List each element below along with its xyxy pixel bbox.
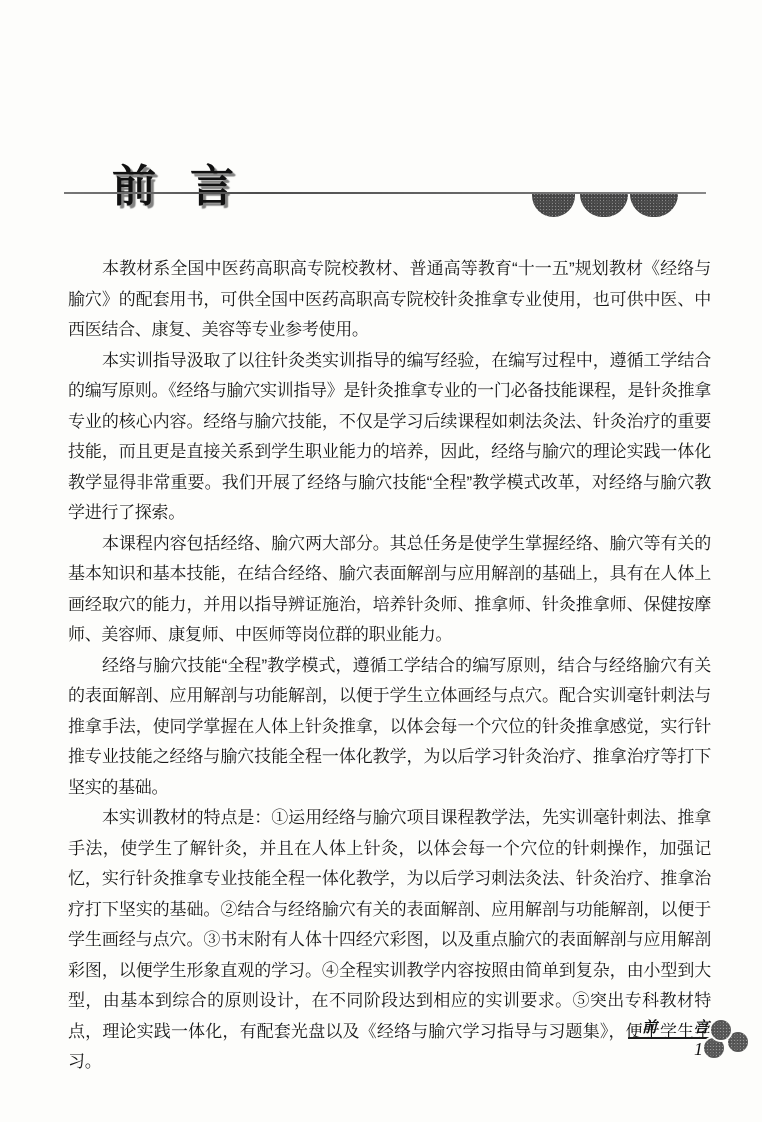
header-rule [64, 192, 706, 194]
footer-circle-decoration-icon [709, 1018, 733, 1042]
header-semicircle-decoration-icon [630, 194, 678, 217]
page-footer: 前 言 1 [618, 1014, 758, 1078]
paragraph-1: 本教材系全国中医药高职高专院校教材、普通高等教育“十一五”规划教材《经络与腧穴》… [68, 254, 711, 346]
paragraph-2: 本实训指导汲取了以往针灸类实训指导的编写经验，在编写过程中，遵循工学结合的编写原… [68, 346, 711, 529]
header-semicircle-decoration-icon [532, 194, 575, 217]
paragraph-4: 经络与腧穴技能“全程”教学模式，遵循工学结合的编写原则，结合与经络腧穴有关的表面… [68, 651, 711, 804]
header-semicircle-decoration-icon [580, 194, 628, 217]
page-title: 前 言 [112, 165, 229, 209]
paragraph-3: 本课程内容包括经络、腧穴两大部分。其总任务是使学生掌握经络、腧穴等有关的基本知识… [68, 529, 711, 651]
book-page: 前 言 本教材系全国中医药高职高专院校教材、普通高等教育“十一五”规划教材《经络… [0, 0, 762, 1122]
paragraph-5: 本实训教材的特点是：①运用经络与腧穴项目课程教学法，先实训毫针刺法、推拿手法，使… [68, 803, 711, 1078]
preface-body: 本教材系全国中医药高职高专院校教材、普通高等教育“十一五”规划教材《经络与腧穴》… [68, 254, 711, 1078]
